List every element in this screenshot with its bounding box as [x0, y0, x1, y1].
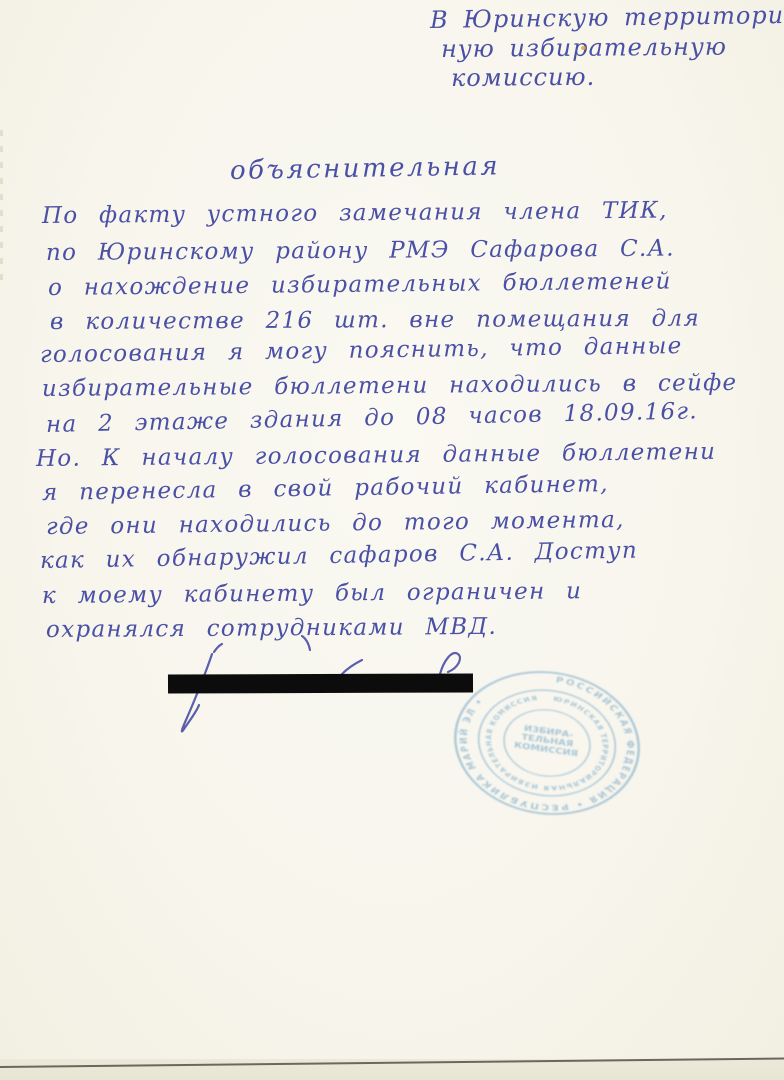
stamp-center-text: ИЗБИРА- ТЕЛЬНАЯ КОМИССИЯ	[514, 724, 581, 759]
scanned-document: В Юринскую территориаль-ную избирательну…	[0, 0, 784, 1080]
addressee-line-3: комиссию.	[451, 63, 595, 92]
left-paper-edge-marks	[0, 130, 3, 280]
body-line-6: избирательные бюллетени находились в сей…	[42, 370, 738, 402]
body-line-9: я перенесла в свой рабочий кабинет,	[42, 471, 609, 506]
body-line-11: как их обнаружил сафаров С.А. Доступ	[40, 538, 638, 574]
body-line-5: голосования я могу пояснить, что данные	[40, 333, 683, 368]
document-title: объяснительная	[230, 151, 501, 186]
body-line-8: Но. К началу голосования данные бюллетен…	[36, 439, 716, 472]
addressee-line-1: В Юринскую территориаль-	[430, 0, 784, 34]
body-line-3: о нахождение избирательных бюллетеней	[48, 268, 672, 301]
body-line-2: по Юринскому району РМЭ Сафарова С.А.	[46, 236, 675, 266]
body-line-7: на 2 этаже здания до 08 часов 18.09.16г.	[46, 398, 698, 438]
signature-redaction-bar	[168, 673, 473, 693]
body-line-1: По факту устного замечания члена ТИК,	[42, 198, 668, 229]
body-line-12: к моему кабинету был ограничен и	[42, 578, 582, 609]
ink-speck	[581, 46, 586, 50]
body-line-4: в количестве 216 шт. вне помещания для	[50, 306, 700, 335]
body-line-10: где они находились до того момента,	[46, 507, 625, 540]
